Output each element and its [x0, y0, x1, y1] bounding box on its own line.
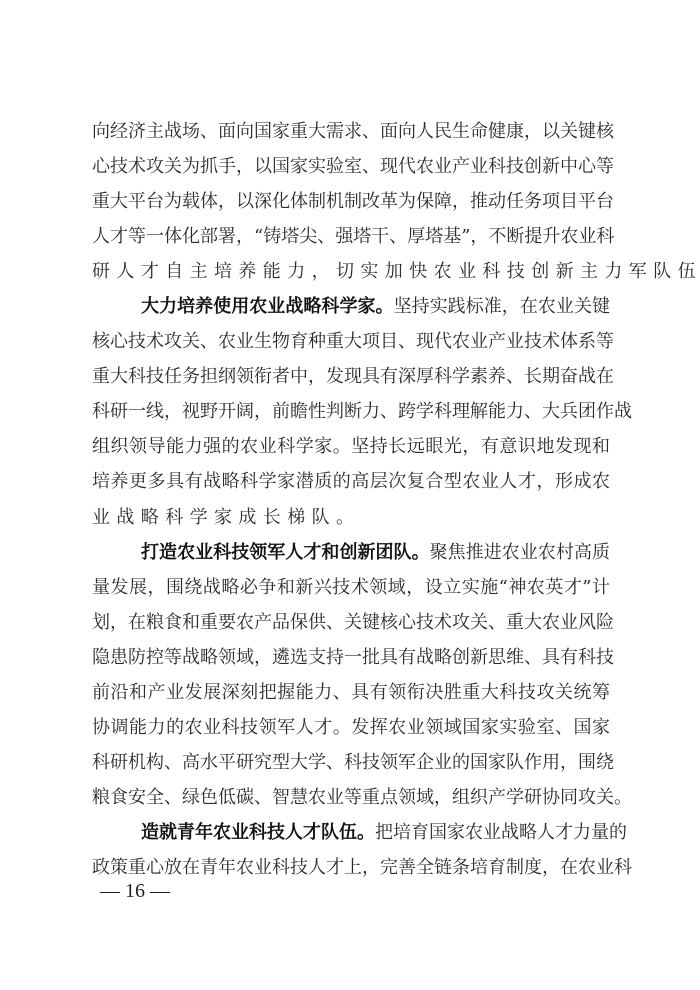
text-line: 核心技术攻关、农业生物育种重大项目、现代农业产业技术体系等 — [92, 324, 610, 359]
text-line: 前沿和产业发展深刻把握能力、具有领衔决胜重大科技攻关统筹 — [92, 675, 610, 710]
text-span: 把培育国家农业战略人才力量的 — [375, 822, 627, 843]
paragraph-heading: 打造农业科技领军人才和创新团队。 — [141, 542, 430, 563]
text-line: 科研机构、高水平研究型大学、科技领军企业的国家队作用，围绕 — [92, 745, 610, 780]
text-line: 心技术攻关为抓手，以国家实验室、现代农业产业科技创新中心等 — [92, 149, 610, 184]
text-line: 划，在粮食和重要农产品保供、关键核心技术攻关、重大农业风险 — [92, 605, 610, 640]
text-line: 重大科技任务担纲领衔者中，发现具有深厚科学素养、长期奋战在 — [92, 359, 610, 394]
text-line: 粮食安全、绿色低碳、智慧农业等重点领域，组织产学研协同攻关。 — [92, 780, 610, 815]
page-number: — 16 — — [100, 880, 170, 903]
text-line: 组织领导能力强的农业科学家。坚持长远眼光，有意识地发现和 — [92, 429, 610, 464]
body-text: 向经济主战场、面向国家重大需求、面向人民生命健康，以关键核 心技术攻关为抓手，以… — [92, 114, 610, 885]
paragraph-first-line: 打造农业科技领军人才和创新团队。聚焦推进农业农村高质 — [92, 535, 610, 570]
text-line: 研人才自主培养能力，切实加快农业科技创新主力军队伍建设。 — [92, 254, 610, 289]
document-page: 向经济主战场、面向国家重大需求、面向人民生命健康，以关键核 心技术攻关为抓手，以… — [0, 0, 700, 990]
text-line: 量发展，围绕战略必争和新兴技术领域，设立实施“神农英才”计 — [92, 570, 610, 605]
text-span: 聚焦推进农业农村高质 — [430, 542, 610, 563]
paragraph-heading: 大力培养使用农业战略科学家。 — [141, 296, 394, 317]
text-line: 培养更多具有战略科学家潜质的高层次复合型农业人才，形成农 — [92, 464, 610, 499]
text-line: 业战略科学家成长梯队。 — [92, 500, 610, 535]
text-line: 人才等一体化部署，“铸塔尖、强塔干、厚塔基”，不断提升农业科 — [92, 219, 610, 254]
paragraph-heading: 造就青年农业科技人才队伍。 — [141, 822, 375, 843]
text-line: 重大平台为载体，以深化体制机制改革为保障，推动任务项目平台 — [92, 184, 610, 219]
text-line: 科研一线，视野开阔，前瞻性判断力、跨学科理解能力、大兵团作战 — [92, 394, 610, 429]
text-line: 隐患防控等战略领域，遴选支持一批具有战略创新思维、具有科技 — [92, 640, 610, 675]
text-span: 坚持实践标准，在农业关键 — [394, 296, 610, 317]
text-line: 向经济主战场、面向国家重大需求、面向人民生命健康，以关键核 — [92, 114, 610, 149]
paragraph-first-line: 造就青年农业科技人才队伍。把培育国家农业战略人才力量的 — [92, 815, 610, 850]
text-line: 协调能力的农业科技领军人才。发挥农业领域国家实验室、国家 — [92, 710, 610, 745]
paragraph-first-line: 大力培养使用农业战略科学家。坚持实践标准，在农业关键 — [92, 289, 610, 324]
